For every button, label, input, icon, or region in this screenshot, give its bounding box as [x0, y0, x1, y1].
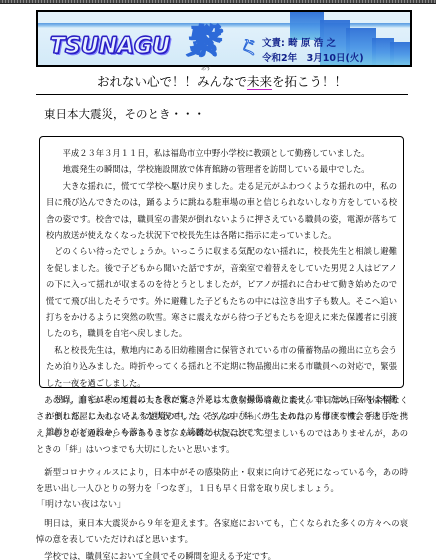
headline-part-2: を拓こう！！ [272, 74, 347, 89]
section-title: 東日本大震災，そのとき・・・ [44, 106, 205, 122]
byline-author: 文責: 畸 原 浩 之 [262, 35, 336, 49]
story-paragraph: 平成２３年３月１１日，私は福島市立中野小学校に教頭として勤務していました。 [46, 145, 397, 161]
byline-date: 令和2年 3月10日(火) [262, 50, 364, 64]
headline: おれない心で！！みんなで未来を拓こう！！ [36, 70, 408, 95]
story-box: 平成２３年３月１１日，私は福島市立中野小学校に教頭として勤務していました。 地震… [39, 136, 404, 388]
logo-kana: ぐ [234, 29, 263, 63]
reflection-paragraph: あの時，誰もがその地震の大きさに驚き，そして放射線の脅威に震え，非日常の日々を余… [36, 392, 408, 458]
story-paragraph: 大きな揺れに，慌てて学校へ駆け戻りました。走る足元がふわつくような揺れの中，私の… [46, 178, 397, 244]
story-paragraph: どのくらい待ったでしょうか。いっこうに収まる気配のない揺れに，校長先生と相談し避… [46, 243, 397, 341]
headline-emphasis: 未来 [247, 74, 272, 90]
headline-part-1: おれない心で！！みんなで [97, 74, 247, 89]
covid-paragraph: 新型コロナウィルスにより，日本中がその感染防止・収束に向けて必死になっている今，… [36, 464, 408, 497]
story-paragraph: 地震発生の瞬間は，学校施設開放で体育館跡の管理者を訪問している最中でした。 [46, 161, 397, 177]
covid-block: 新型コロナウィルスにより，日本中がその感染防止・収束に向けて必死になっている今，… [36, 464, 408, 513]
anniversary-paragraph: 明日は，東日本大震災から９年を迎えます。各家庭においても，亡くなられた多くの方々… [36, 515, 408, 548]
newsletter-banner: TSUNAGU 繋 ぐ 文責: 畸 原 浩 之 令和2年 3月10日(火) [36, 10, 412, 67]
reflection-block: あの時，誰もがその地震の大きさに驚き，そして放射線の脅威に震え，非日常の日々を余… [36, 392, 408, 458]
logo-tsunagu: TSUNAGU [50, 34, 170, 59]
school-plan-paragraph: 学校では，職員室において全員でその瞬間を迎える予定です。 [36, 548, 408, 560]
anniversary-block: 明日は，東日本大震災から９年を迎えます。各家庭においても，亡くなられた多くの方々… [36, 515, 408, 560]
quote-line: 「明けない夜はない」 [36, 497, 408, 513]
story-paragraph: 私と校長先生は，敷地内にある旧幼稚園舎に保管されている市の備蓄物品の搬出に立ち会… [46, 342, 397, 391]
top-rule [0, 0, 436, 4]
logo-kanji: 繋 [184, 14, 227, 63]
